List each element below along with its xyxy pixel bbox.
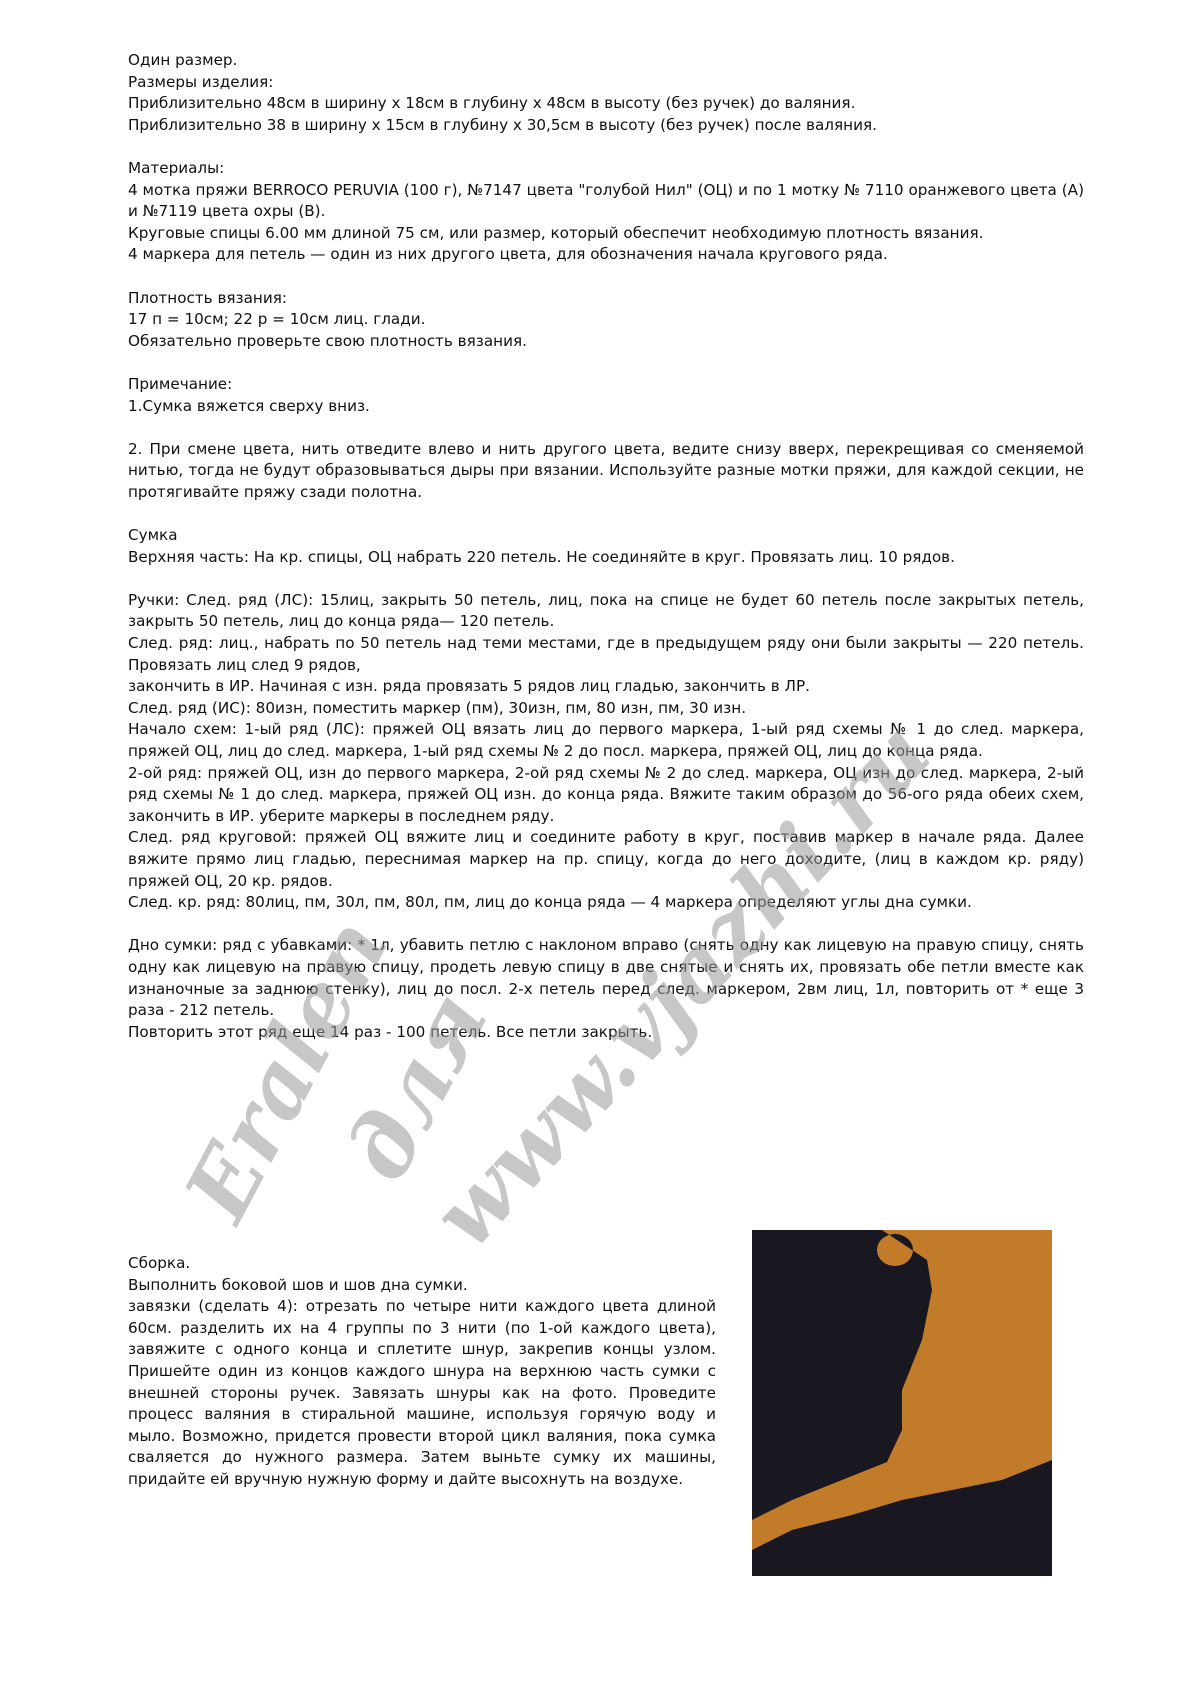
materials-markers: 4 маркера для петель — один из них друго… [128, 244, 1084, 266]
gauge-value: 17 п = 10см; 22 р = 10см лиц. глади. [128, 309, 1084, 331]
note-2: 2. При смене цвета, нить отведите влево … [128, 439, 1084, 504]
handles-step-4: След. ряд (ИС): 80изн, поместить маркер … [128, 698, 1084, 720]
felted-fabric-photo [752, 1230, 1052, 1576]
round-step-2: След. кр. ряд: 80лиц, пм, 30л, пм, 80л, … [128, 892, 1084, 914]
dimensions-title: Размеры изделия: [128, 72, 1084, 94]
assembly-seams: Выполнить боковой шов и шов дна сумки. [128, 1275, 716, 1297]
materials-yarn: 4 мотка пряжи BERROCO PERUVIA (100 г), №… [128, 180, 1084, 223]
gauge-title: Плотность вязания: [128, 288, 1084, 310]
bag-top: Верхняя часть: На кр. спицы, ОЦ набрать … [128, 547, 1084, 569]
bottom-step-1: Дно сумки: ряд с убавками: * 1л, убавить… [128, 935, 1084, 1021]
dimensions-before-felting: Приблизительно 48см в ширину х 18см в гл… [128, 93, 1084, 115]
materials-title: Материалы: [128, 158, 1084, 180]
charts-step-2: 2-ой ряд: пряжей ОЦ, изн до первого марк… [128, 763, 1084, 828]
materials-needles: Круговые спицы 6.00 мм длиной 75 см, или… [128, 223, 1084, 245]
bottom-step-2: Повторить этот ряд еще 14 раз - 100 пете… [128, 1022, 1084, 1044]
pattern-text: Один размер. Размеры изделия: Приблизите… [128, 50, 1084, 1043]
assembly-section: Сборка. Выполнить боковой шов и шов дна … [128, 1253, 716, 1491]
size-line: Один размер. [128, 50, 1084, 72]
note-1: 1.Сумка вяжется сверху вниз. [128, 396, 1084, 418]
handles-step-1: Ручки: След. ряд (ЛС): 15лиц, закрыть 50… [128, 590, 1084, 633]
gauge-check: Обязательно проверьте свою плотность вяз… [128, 331, 1084, 353]
notes-title: Примечание: [128, 374, 1084, 396]
photo-image [752, 1230, 1052, 1576]
assembly-title: Сборка. [128, 1253, 716, 1275]
handles-step-3: закончить в ИР. Начиная с изн. ряда пров… [128, 676, 1084, 698]
bag-title: Сумка [128, 525, 1084, 547]
round-step-1: След. ряд круговой: пряжей ОЦ вяжите лиц… [128, 827, 1084, 892]
handles-step-2: След. ряд: лиц., набрать по 50 петель на… [128, 633, 1084, 676]
charts-step-1: Начало схем: 1-ый ряд (ЛС): пряжей ОЦ вя… [128, 719, 1084, 762]
dimensions-after-felting: Приблизительно 38 в ширину х 15см в глуб… [128, 115, 1084, 137]
assembly-ties: завязки (сделать 4): отрезать по четыре … [128, 1296, 716, 1490]
